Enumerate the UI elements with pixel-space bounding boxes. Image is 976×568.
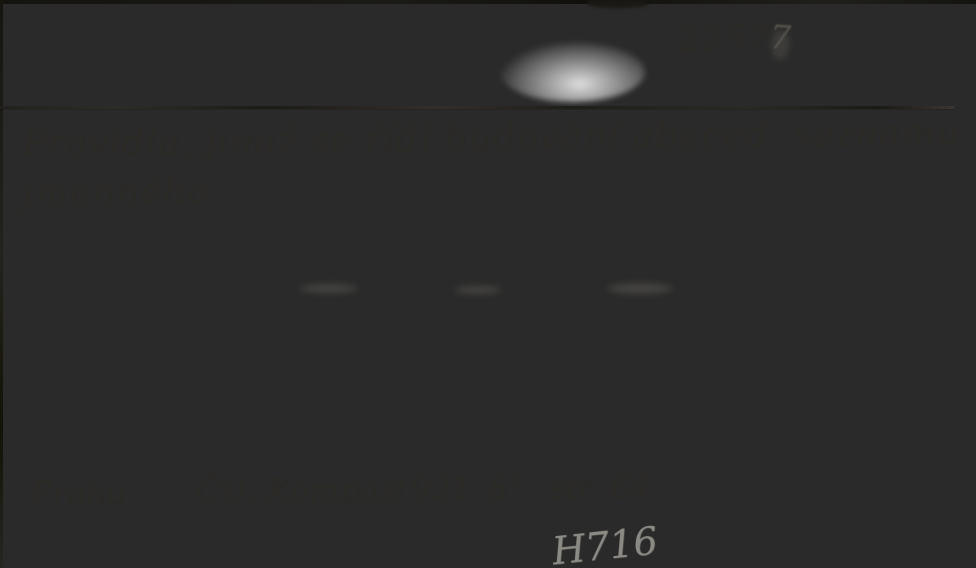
card-title-line1: Pravidla, jimiž se řídí budování abeced.… — [21, 112, 961, 164]
imprint-format: 8° — [488, 469, 525, 507]
accession-number-main: 2257 — [677, 16, 775, 59]
scan-edge-left — [0, 0, 3, 568]
accession-number-smudged-digit: 7 — [769, 17, 795, 57]
ink-bleed-smudge — [608, 283, 672, 294]
card-title-line2: jmenného. — [22, 161, 962, 213]
ruled-divider-line — [0, 106, 954, 109]
accession-number: 22577 — [677, 15, 795, 59]
scan-edge-artifact — [588, 0, 648, 8]
catalog-card-scan: 22577 Pravidla, jimiž se řídí budování a… — [0, 0, 976, 568]
imprint-publisher: Čsl. Kompas — [195, 470, 396, 510]
imprint-place: Praha — [30, 473, 126, 512]
scan-edge-top — [0, 0, 976, 4]
ink-bleed-smudge — [455, 286, 501, 294]
ink-bleed-smudge — [300, 284, 358, 293]
imprint-pages: str. 64 — [548, 468, 651, 507]
card-title: Pravidla, jimiž se řídí budování abeced.… — [21, 112, 961, 213]
pencil-shelfmark: H716 — [550, 519, 660, 568]
imprint-year: 1921 — [390, 469, 472, 508]
paper-flaw-patch — [500, 42, 645, 102]
